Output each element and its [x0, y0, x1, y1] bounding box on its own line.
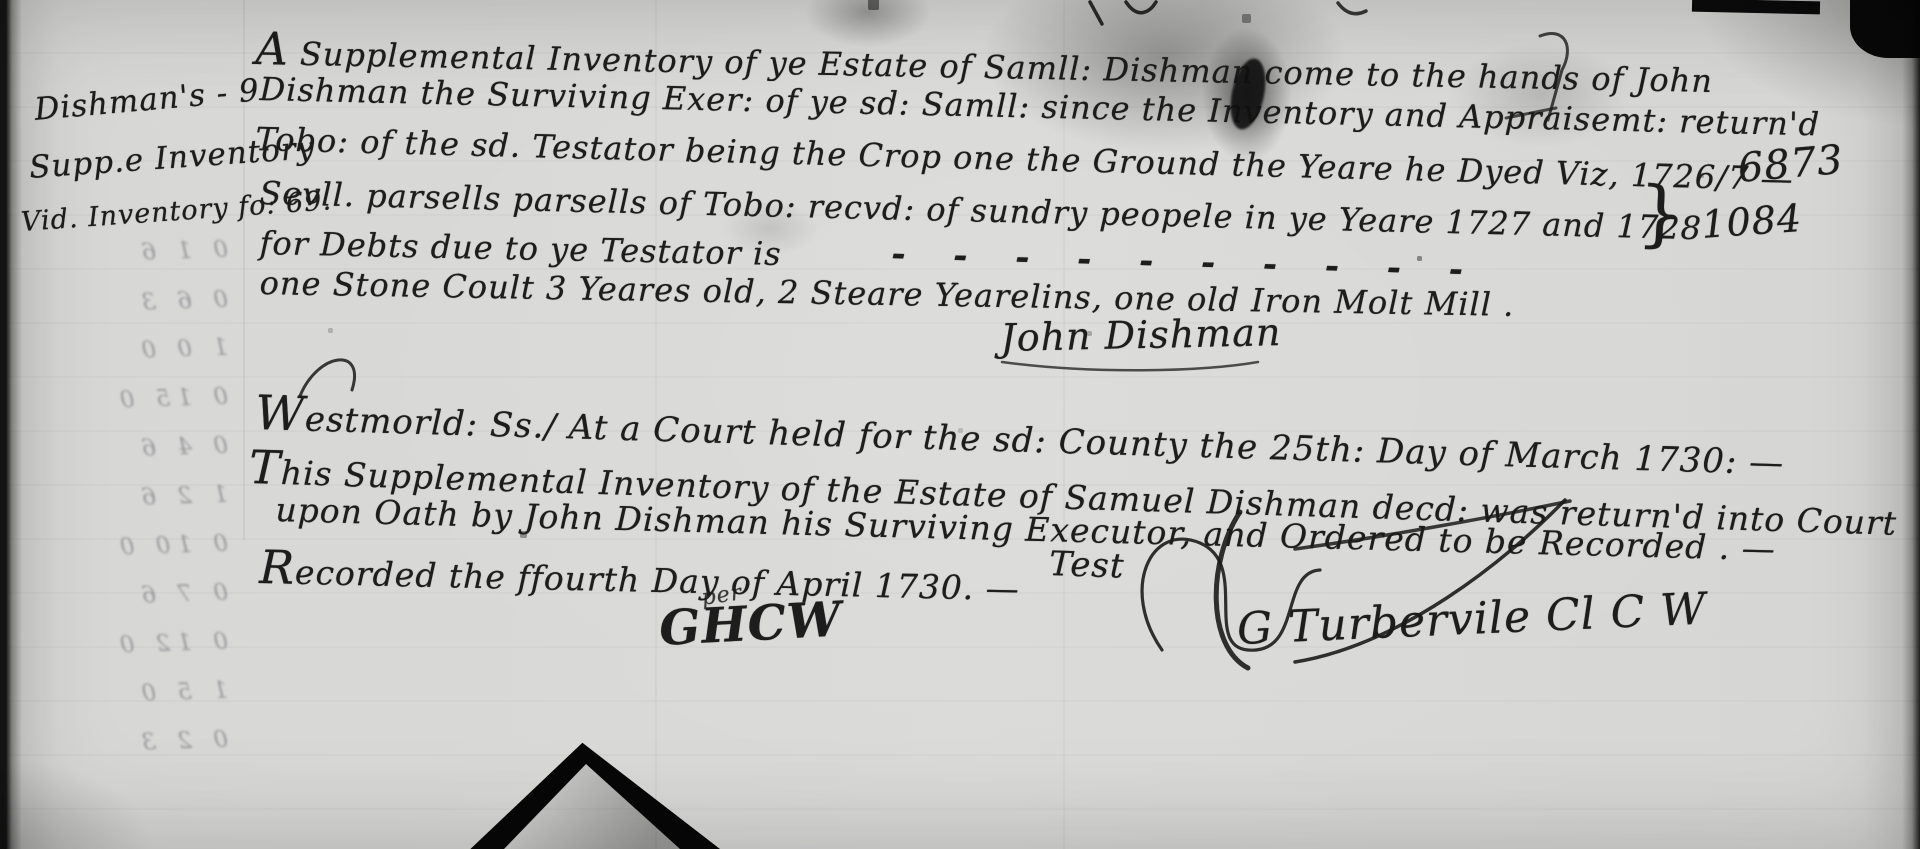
scan-vignette: [0, 0, 1920, 849]
scanned-document-page: 0 1 6 0 6 3 1 0 0 0 15 0 0 4 6 1 2 6 0 1…: [0, 0, 1920, 849]
